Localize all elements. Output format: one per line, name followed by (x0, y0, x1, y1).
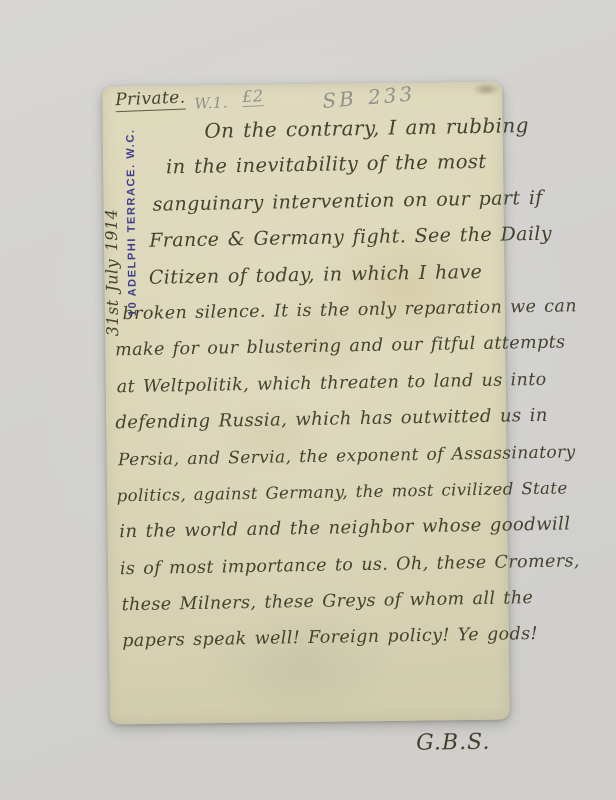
message-line: Citizen of today, in which I have (149, 253, 501, 296)
message-line: in the inevitability of the most (166, 144, 499, 186)
signature: G.B.S. (416, 730, 491, 756)
message-line: sanguinary intervention on our part if (152, 180, 499, 222)
message-line: in the world and the neighbor whose good… (119, 508, 505, 551)
message-line: France & Germany fight. See the Daily (149, 217, 500, 259)
pencil-mark-catalogue: SB 233 (321, 81, 416, 113)
message-line: On the contrary, I am rubbing (204, 108, 498, 149)
message-line: papers speak well! Foreign policy! Ye go… (122, 617, 507, 660)
photo-of-postcard: { "photo": { "background_color": "#d2d1c… (0, 0, 616, 800)
private-label: Private. (115, 88, 186, 113)
pencil-mark-price: £2 (242, 86, 264, 107)
pencil-mark-w1: W.1. (194, 93, 228, 113)
postcard: Private. W.1. £2 SB 233 31st July 1914 1… (102, 82, 510, 725)
message-line: defending Russia, which has outwitted us… (115, 399, 503, 442)
corner-stain (472, 83, 500, 96)
message-body: On the contrary, I am rubbing in the ine… (105, 108, 506, 661)
